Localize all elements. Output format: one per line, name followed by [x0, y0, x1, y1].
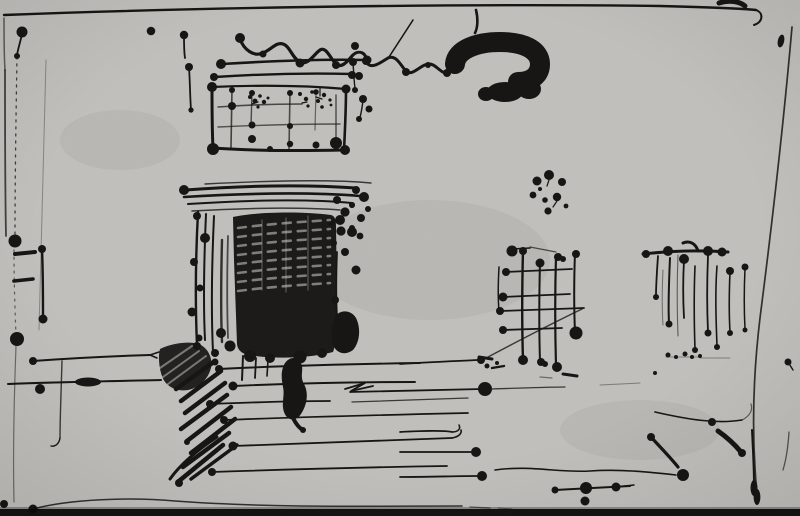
artwork-frame — [0, 0, 800, 516]
ink-drawing-svg — [0, 0, 800, 516]
vignette-overlay — [0, 0, 800, 516]
